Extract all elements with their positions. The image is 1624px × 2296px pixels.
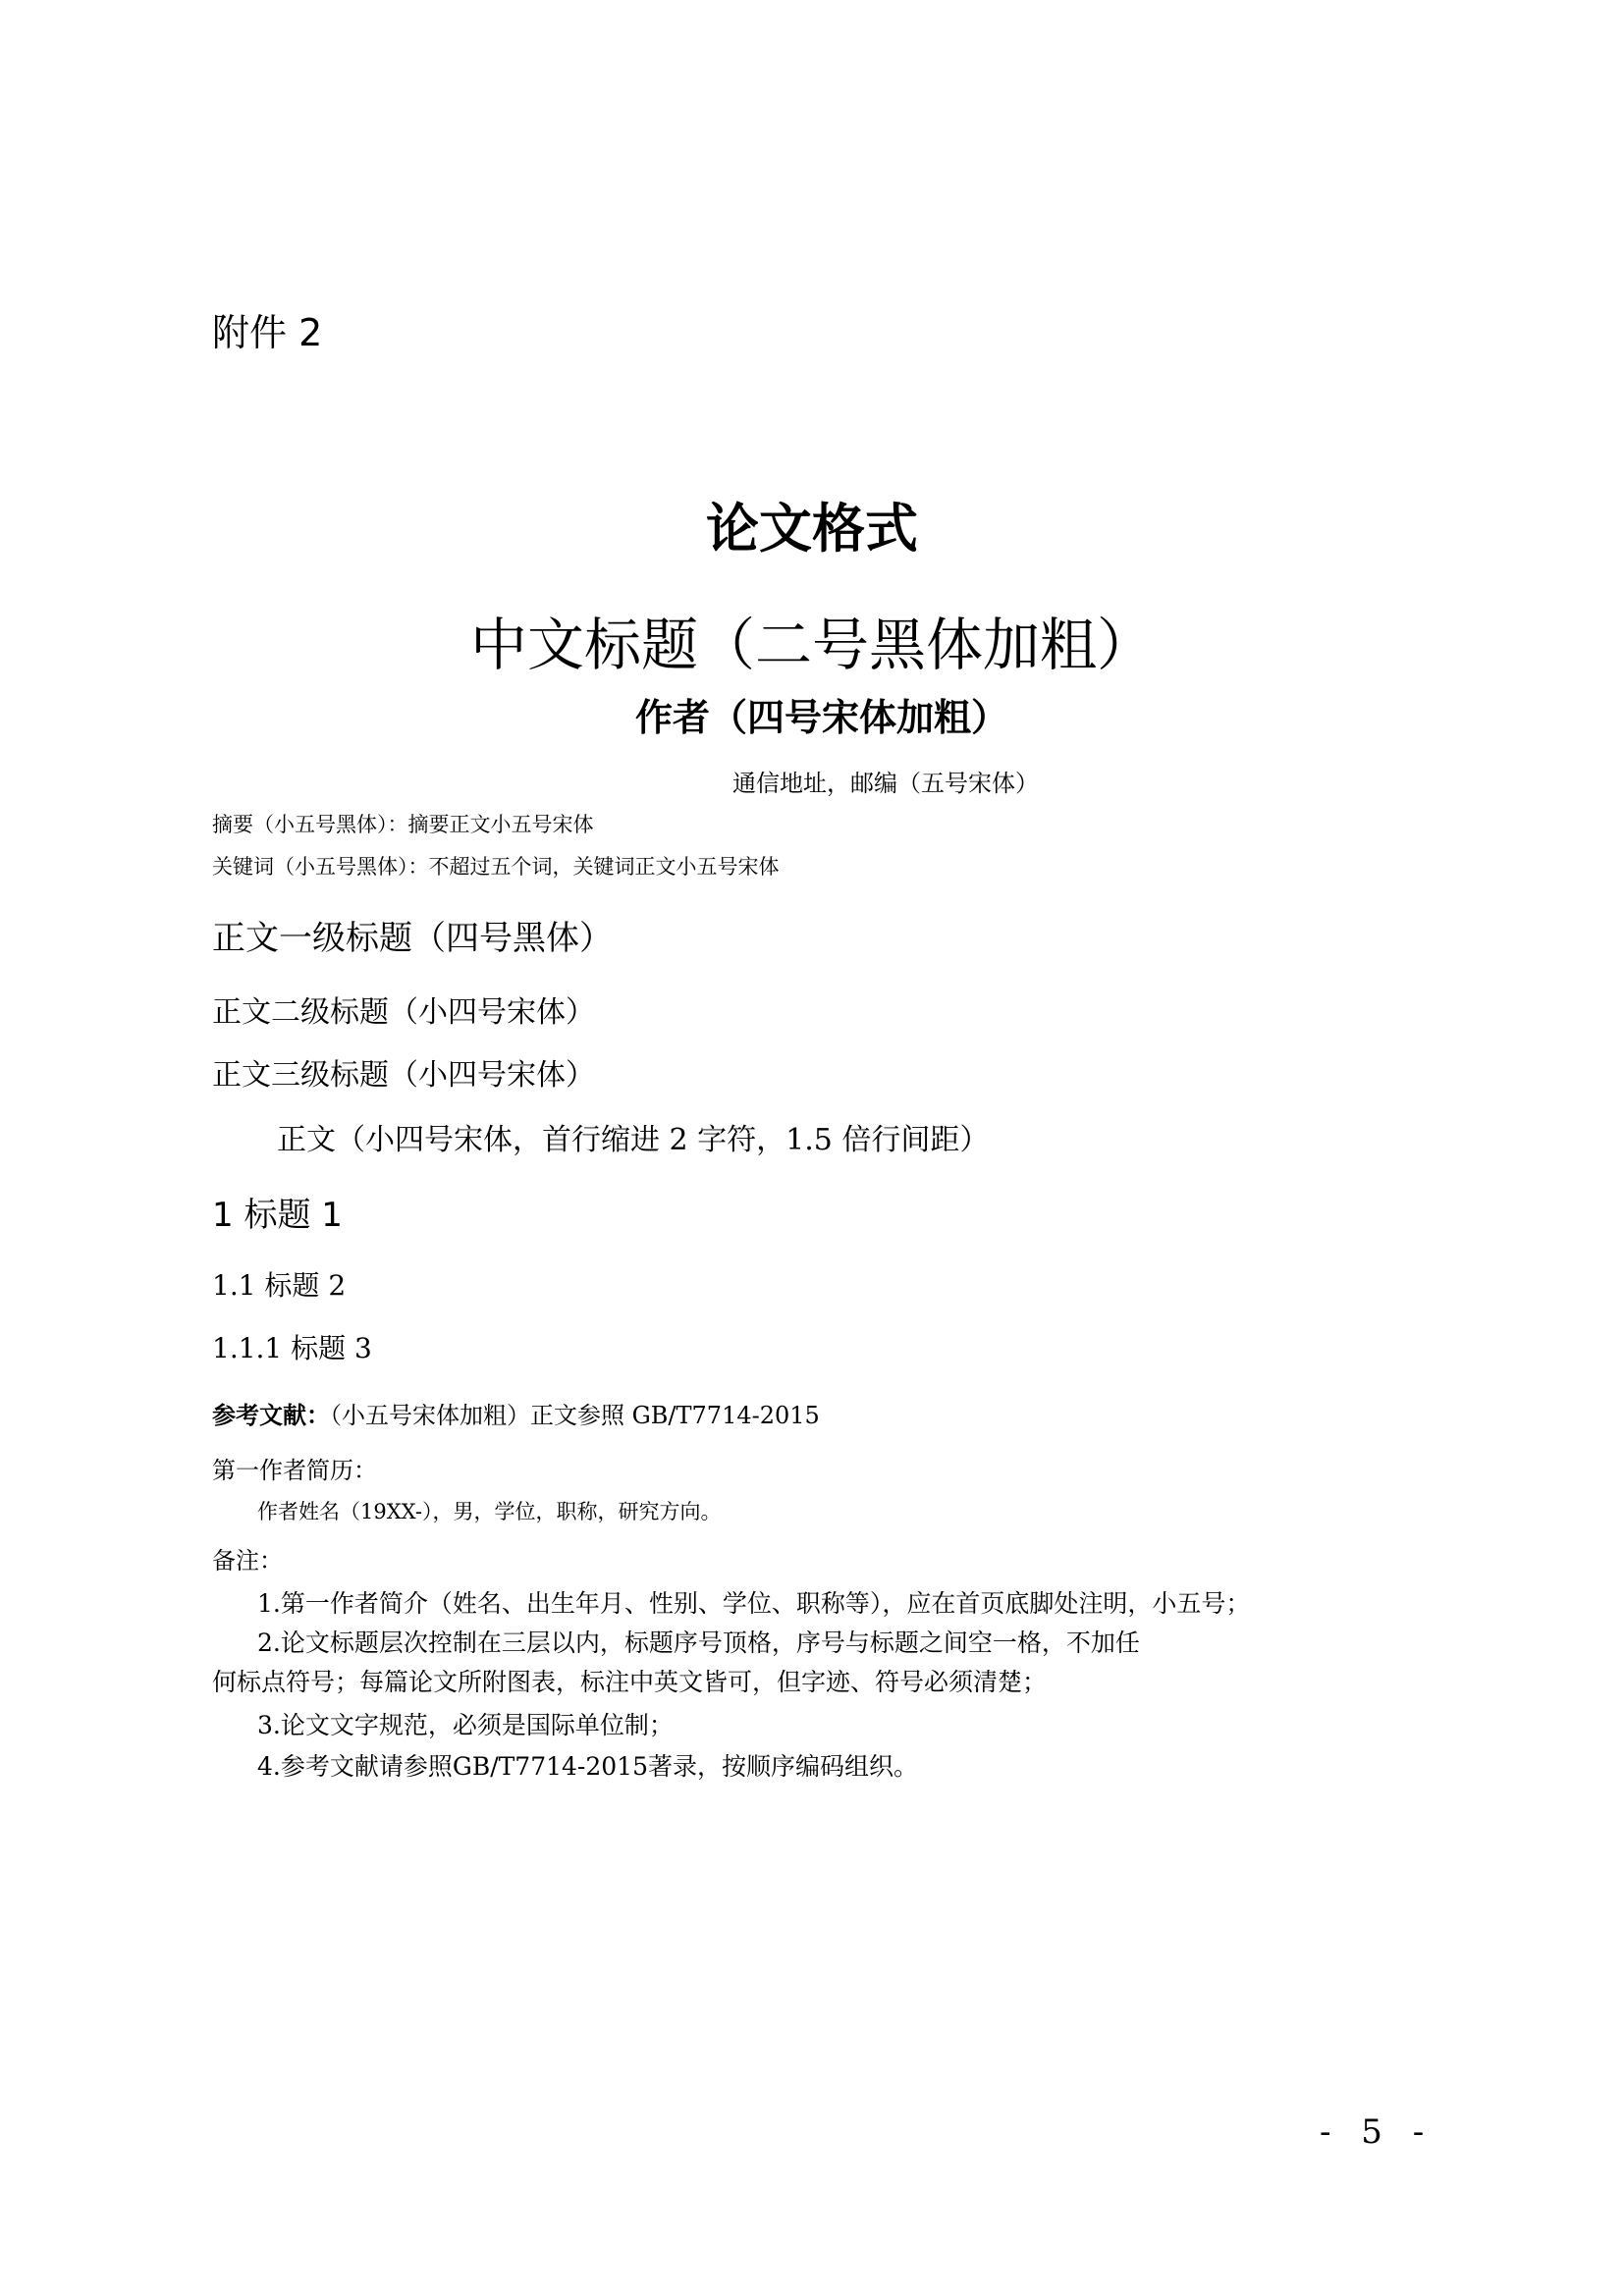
address-line: 通信地址，邮编（五号宋体） (0, 764, 1624, 798)
references-label: 参考文献： (212, 1401, 330, 1429)
heading-level-3-sample: 正文三级标题（小四号宋体） (212, 1050, 595, 1094)
heading-level-1-sample: 正文一级标题（四号黑体） (212, 911, 613, 959)
document-title: 论文格式 (0, 487, 1624, 562)
keywords-text: 不超过五个词，关键词正文小五号宋体 (429, 855, 780, 879)
abstract-text: 摘要正文小五号宋体 (408, 813, 594, 836)
note-item-3: 3.论文文字规范，必须是国际单位制； (257, 1706, 674, 1741)
numbered-heading-1: 1 标题 1 (212, 1188, 343, 1236)
body-text-sample: 正文（小四号宋体，首行缩进 2 字符，1.5 倍行间距） (277, 1115, 989, 1158)
abstract-line: 摘要（小五号黑体）：摘要正文小五号宋体 (212, 809, 594, 838)
note-item-1: 1.第一作者简介（姓名、出生年月、性别、学位、职称等），应在首页底脚处注明，小五… (257, 1584, 1250, 1620)
author-line: 作者（四号宋体加粗） (0, 687, 1624, 741)
author-bio-text: 作者姓名（19XX-），男，学位，职称，研究方向。 (257, 1496, 721, 1525)
keywords-line: 关键词（小五号黑体）：不超过五个词，关键词正文小五号宋体 (212, 851, 780, 881)
references-line: 参考文献：（小五号宋体加粗）正文参照 GB/T7714-2015 (212, 1396, 820, 1430)
note-item-2: 2.论文标题层次控制在三层以内，标题序号顶格，序号与标题之间空一格，不加任 (257, 1624, 1140, 1659)
numbered-heading-3: 1.1.1 标题 3 (212, 1327, 372, 1366)
numbered-heading-2: 1.1 标题 2 (212, 1264, 346, 1304)
attachment-label: 附件 2 (212, 302, 322, 356)
heading-level-2-sample: 正文二级标题（小四号宋体） (212, 988, 595, 1031)
keywords-label: 关键词（小五号黑体）： (212, 855, 429, 879)
references-text: （小五号宋体加粗）正文参照 GB/T7714-2015 (330, 1402, 820, 1429)
author-bio-label: 第一作者简历： (212, 1451, 377, 1485)
note-item-4: 4.参考文献请参照GB/T7714-2015著录，按顺序编码组织。 (257, 1747, 918, 1783)
page-number: - 5 - (1320, 2112, 1434, 2152)
notes-label: 备注： (212, 1541, 283, 1575)
abstract-label: 摘要（小五号黑体）： (212, 813, 408, 836)
chinese-title: 中文标题（二号黑体加粗） (0, 599, 1624, 681)
note-item-2-continued: 何标点符号；每篇论文所附图表，标注中英文皆可，但字迹、符号必须清楚； (212, 1663, 1047, 1698)
